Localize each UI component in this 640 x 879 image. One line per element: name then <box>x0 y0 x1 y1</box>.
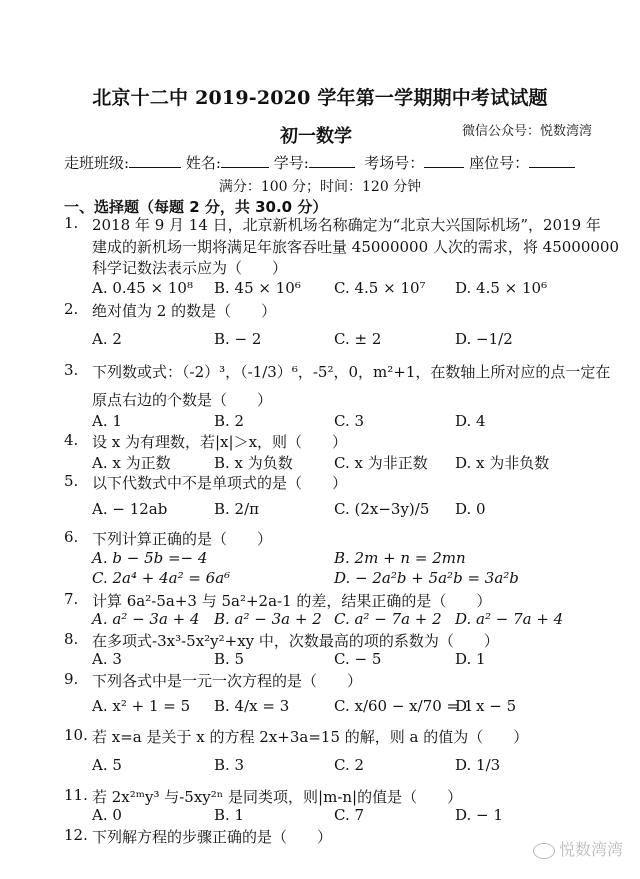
option-c: C. 3 <box>334 412 364 430</box>
question-text-line: 在多项式-3x³-5x²y²+xy 中，次数最高的项的系数为（ ） <box>92 630 499 651</box>
watermark: 悦数湾湾 <box>533 837 623 860</box>
option-c: C. 2a⁴ + 4a² = 6a⁶ <box>92 569 230 587</box>
option-b: B. 4/x = 3 <box>214 697 289 715</box>
seat-label: 座位号： <box>469 154 529 172</box>
student-id-blank <box>309 155 355 168</box>
option-b: B. − 2 <box>214 330 261 348</box>
option-a: A. x 为正数 <box>92 452 171 473</box>
option-a: A. x² + 1 = 5 <box>92 697 190 715</box>
option-c: C. ± 2 <box>334 330 381 348</box>
option-b: B. 2/π <box>214 500 259 518</box>
option-d: D. a² − 7a + 4 <box>455 610 563 628</box>
student-id-label: 学号: <box>274 154 309 172</box>
option-a: A. 0 <box>92 806 122 824</box>
question-text-line: 建成的新机场一期将满足年旅客吞吐量 45000000 人次的需求，将 45000… <box>92 236 619 257</box>
option-a: A. a² − 3a + 4 <box>92 610 200 628</box>
question-number: 10. <box>64 726 88 744</box>
option-d: D. − 1 <box>455 806 503 824</box>
option-c: C. 2 <box>334 756 364 774</box>
option-d: D. 4 <box>455 412 486 430</box>
option-d: D. 0 <box>455 500 486 518</box>
class-blank <box>129 155 181 168</box>
question-text-line: 以下代数式中不是单项式的是（ ） <box>92 472 347 493</box>
question-number: 7. <box>64 590 78 608</box>
question-number: 3. <box>64 361 78 379</box>
question-number: 12. <box>64 826 88 844</box>
question-number: 9. <box>64 670 78 688</box>
question-number: 5. <box>64 472 78 490</box>
option-d: D. − 2a²b + 5a²b = 3a²b <box>334 569 519 587</box>
option-a: A. 0.45 × 10⁸ <box>92 279 193 297</box>
option-b: B. 5 <box>214 650 244 668</box>
option-d: D. x − 5 <box>455 697 516 715</box>
option-d: D. −1/2 <box>455 330 513 348</box>
option-a: A. 5 <box>92 756 122 774</box>
option-c: C. 4.5 × 10⁷ <box>334 279 426 297</box>
watermark-text: 悦数湾湾 <box>559 840 623 859</box>
option-a: A. 3 <box>92 650 122 668</box>
option-b: B. x 为负数 <box>214 452 293 473</box>
question-text-line: 原点右边的个数是（ ） <box>92 389 272 410</box>
option-d: D. 1 <box>455 650 486 668</box>
question-text-line: 若 x=a 是关于 x 的方程 2x+3a=15 的解，则 a 的值为（ ） <box>92 726 528 747</box>
option-c: C. 7 <box>334 806 364 824</box>
option-a: A. 1 <box>92 412 122 430</box>
option-a: A. − 12ab <box>92 500 167 518</box>
option-d: D. 1/3 <box>455 756 500 774</box>
exam-title: 北京十二中 2019-2020 学年第一学期期中考试试题 <box>0 83 640 110</box>
option-a: A. b − 5b =− 4 <box>92 549 207 567</box>
question-text-line: 2018 年 9 月 14 日，北京新机场名称确定为“北京大兴国际机场”，201… <box>92 214 601 235</box>
question-text-line: 下列解方程的步骤正确的是（ ） <box>92 826 332 847</box>
question-number: 2. <box>64 300 78 318</box>
question-text-line: 科学记数法表示应为（ ） <box>92 257 287 278</box>
question-text-line: 设 x 为有理数，若|x|＞x，则（ ） <box>92 431 347 452</box>
exam-room-label: 考场号： <box>364 154 424 172</box>
option-c: C. x/60 − x/70 = 1 <box>334 697 473 715</box>
option-d: D. x 为非负数 <box>455 452 549 473</box>
question-text-line: 下列数或式：（-2）³，（-1/3）⁶，-5²，0，m²+1，在数轴上所对应的点… <box>92 361 610 382</box>
name-label: 姓名: <box>186 154 221 172</box>
option-b: B. 2m + n = 2mn <box>334 549 466 567</box>
option-b: B. 3 <box>214 756 244 774</box>
question-number: 8. <box>64 630 78 648</box>
question-number: 11. <box>64 786 88 804</box>
option-a: A. 2 <box>92 330 122 348</box>
question-text-line: 若 2x²ᵐy³ 与-5xy²ⁿ 是同类项，则|m-n|的值是（ ） <box>92 786 462 807</box>
option-c: C. (2x−3y)/5 <box>334 500 429 518</box>
class-label: 走班班级: <box>64 154 129 172</box>
wechat-icon <box>533 843 555 859</box>
question-text-line: 下列各式中是一元一次方程的是（ ） <box>92 670 362 691</box>
option-b: B. 2 <box>214 412 244 430</box>
option-c: C. − 5 <box>334 650 381 668</box>
wechat-account-label: 微信公众号：悦数湾湾 <box>462 120 592 139</box>
student-info-row: 走班班级: 姓名: 学号: 考场号： 座位号： <box>64 152 575 173</box>
option-b: B. 1 <box>214 806 244 824</box>
question-number: 1. <box>64 214 78 232</box>
question-text-line: 下列计算正确的是（ ） <box>92 528 272 549</box>
question-number: 6. <box>64 528 78 546</box>
seat-blank <box>529 155 575 168</box>
name-blank <box>221 155 269 168</box>
exam-room-blank <box>424 155 464 168</box>
exam-subtitle: 初一数学 <box>280 122 352 148</box>
question-number: 4. <box>64 431 78 449</box>
question-text-line: 绝对值为 2 的数是（ ） <box>92 300 276 321</box>
option-c: C. x 为非正数 <box>334 452 428 473</box>
option-b: B. a² − 3a + 2 <box>214 610 322 628</box>
question-text-line: 计算 6a²-5a+3 与 5a²+2a-1 的差，结果正确的是（ ） <box>92 590 491 611</box>
option-d: D. 4.5 × 10⁶ <box>455 279 547 297</box>
option-c: C. a² − 7a + 2 <box>334 610 442 628</box>
score-time-line: 满分：100 分；时间：120 分钟 <box>0 176 640 196</box>
option-b: B. 45 × 10⁶ <box>214 279 301 297</box>
